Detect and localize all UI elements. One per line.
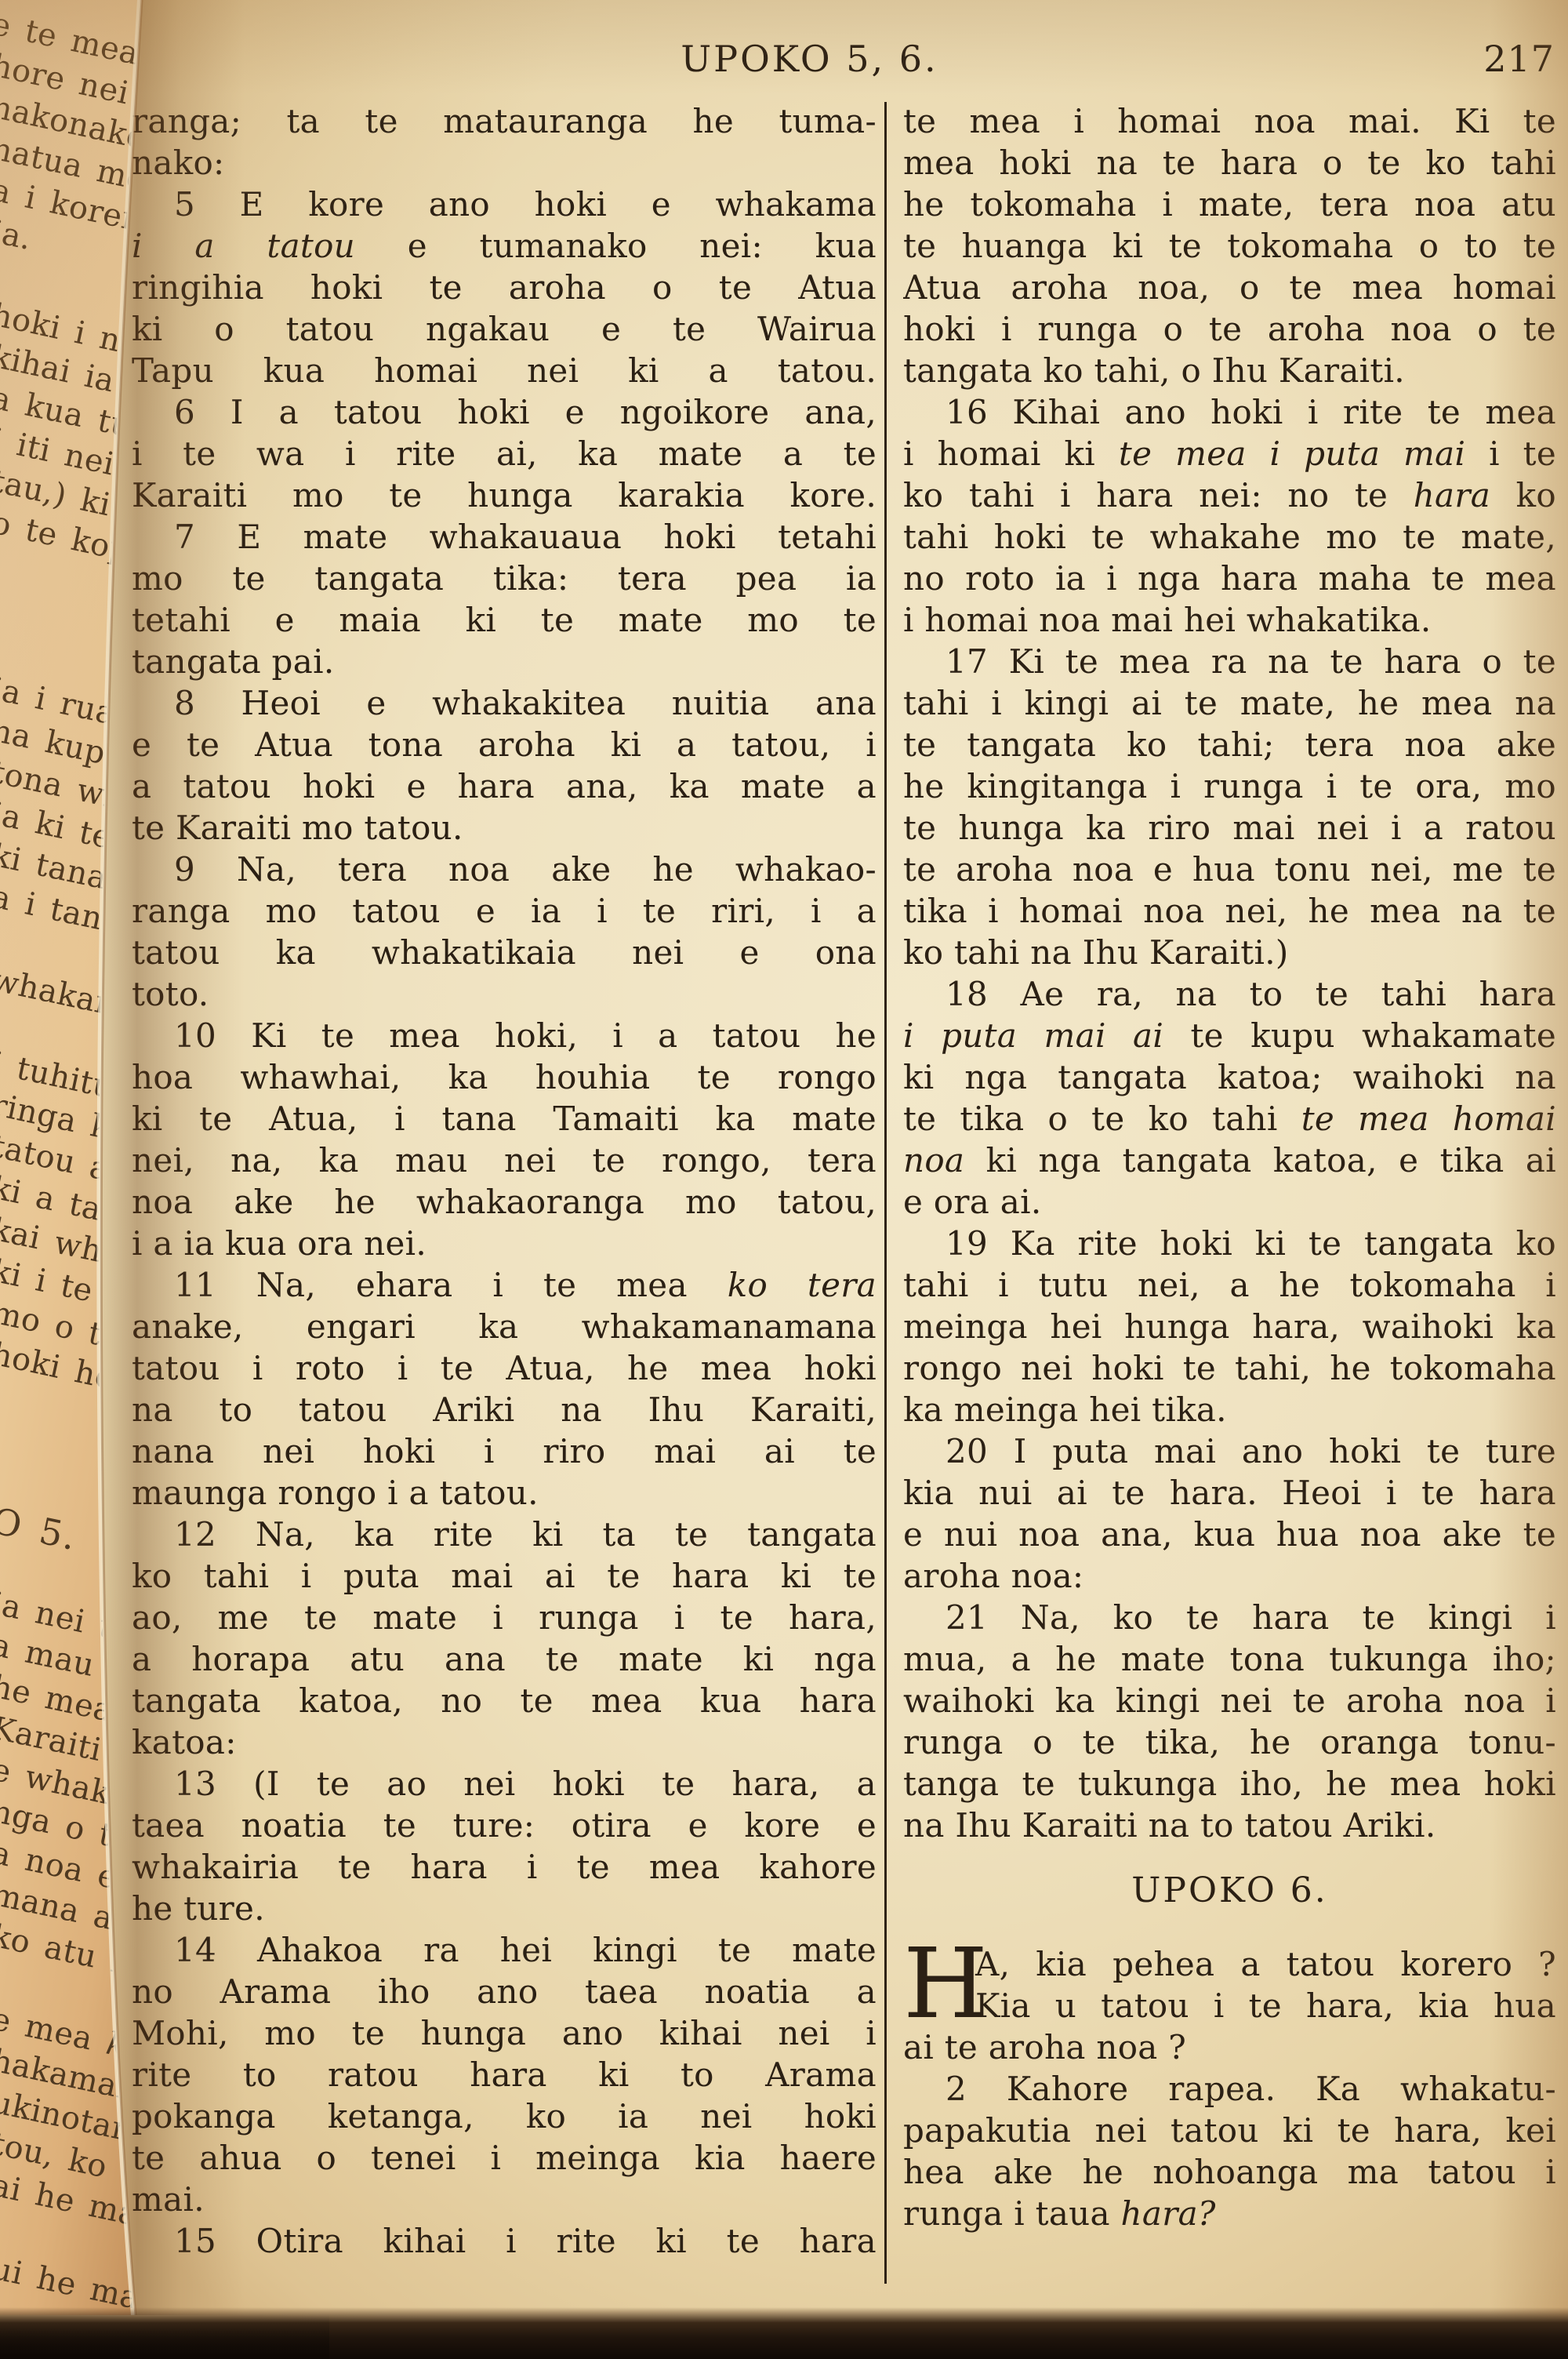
text-line: tika i homai noa nei, he mea na te	[903, 890, 1556, 932]
text-line: runga i taua hara?	[903, 2193, 1556, 2234]
text-line: Atua aroha noa, o te mea homai	[903, 267, 1556, 308]
text-line: te huanga ki te tokomaha o to te	[903, 225, 1556, 267]
text-line: papakutia nei tatou ki te hara, kei	[903, 2110, 1556, 2151]
text-line: A, kia pehea a tatou korero ?	[903, 1943, 1556, 1985]
text-line: ki nga tangata katoa; waihoki na	[903, 1056, 1556, 1098]
text-line: ai te aroha noa ?	[903, 2026, 1556, 2068]
text-line: 2 Kahore rapea. Ka whakatu-	[903, 2068, 1556, 2110]
text-line: i puta mai ai te kupu whakamate	[903, 1015, 1556, 1056]
text-line: he tokomaha i mate, tera noa atu	[903, 184, 1556, 225]
chapter-paragraph: H A, kia pehea a tatou korero ?Kia u tat…	[903, 1943, 1556, 2234]
text-line: ka meinga hei tika.	[903, 1389, 1556, 1430]
text-line: 17 Ki te mea ra na te hara o te	[903, 641, 1556, 682]
text-line: tahi i tutu nei, a he tokomaha i	[903, 1264, 1556, 1306]
text-line: te mea i homai noa mai. Ki te	[903, 100, 1556, 142]
text-line: ko tahi na Ihu Karaiti.)	[903, 932, 1556, 973]
text-line: kia nui ai te hara. Heoi i te hara	[903, 1472, 1556, 1514]
column-divider	[884, 102, 887, 2284]
text-line: i homai ki te mea i puta mai i te	[903, 433, 1556, 474]
text-line: Kia u tatou i te hara, kia hua	[903, 1985, 1556, 2026]
text-line: 18 Ae ra, na to te tahi hara	[903, 973, 1556, 1015]
text-line: 16 Kihai ano hoki i rite te mea	[903, 391, 1556, 433]
drop-cap: H	[903, 1936, 988, 2033]
text-line: i homai noa mai hei whakatika.	[903, 599, 1556, 641]
right-column-verses: te mea i homai noa mai. Ki temea hoki na…	[903, 100, 1556, 1846]
text-line: na Ihu Karaiti na to tatou Ariki.	[903, 1805, 1556, 1846]
text-line: 20 I puta mai ano hoki te ture	[903, 1430, 1556, 1472]
text-line: te aroha noa e hua tonu nei, me te	[903, 849, 1556, 890]
text-line: rongo nei hoki te tahi, he tokomaha	[903, 1347, 1556, 1389]
text-line: mea hoki na te hara o te ko tahi	[903, 142, 1556, 184]
text-line: e ora ai.	[903, 1181, 1556, 1223]
text-line: tanga te tukunga iho, he mea hoki	[903, 1763, 1556, 1805]
text-line: ko tahi i hara nei: no te hara ko	[903, 474, 1556, 516]
text-line: mua, a he mate tona tukunga iho;	[903, 1638, 1556, 1680]
text-line: noa ki nga tangata katoa, e tika ai	[903, 1140, 1556, 1181]
text-line: te tika o te ko tahi te mea homai	[903, 1098, 1556, 1140]
text-line: he kingitanga i runga i te ora, mo	[903, 765, 1556, 807]
page-number: 217	[1483, 38, 1555, 80]
text-line: hea ake he nohoanga ma tatou i	[903, 2151, 1556, 2193]
text-line: tahi i kingi ai te mate, he mea na	[903, 682, 1556, 724]
text-line: hoki i runga o te aroha noa o te	[903, 308, 1556, 350]
book-bottom-edge	[0, 2307, 1568, 2359]
chapter-lines: A, kia pehea a tatou korero ?Kia u tatou…	[903, 1943, 1556, 2234]
text-line: e nui noa ana, kua hua noa ake te	[903, 1514, 1556, 1555]
text-line: aroha noa:	[903, 1555, 1556, 1597]
right-column: te mea i homai noa mai. Ki temea hoki na…	[903, 100, 1556, 2234]
text-line: tangata ko tahi, o Ihu Karaiti.	[903, 350, 1556, 391]
text-line: waihoki ka kingi nei te aroha noa i	[903, 1680, 1556, 1721]
chapter-heading: UPOKO 6.	[903, 1870, 1556, 1910]
text-line: runga o te tika, he oranga tonu-	[903, 1721, 1556, 1763]
running-head: UPOKO 5, 6.	[132, 38, 1487, 80]
text-line: 19 Ka rite hoki ki te tangata ko	[903, 1223, 1556, 1264]
text-line: te tangata ko tahi; tera noa ake	[903, 724, 1556, 765]
text-line: 21 Na, ko te hara te kingi i	[903, 1597, 1556, 1638]
page-header: UPOKO 5, 6. 217	[132, 38, 1556, 88]
book-page: UPOKO 5, 6. 217 ranga; ta te matauranga …	[0, 0, 1568, 2359]
text-line: meinga hei hunga hara, waihoki ka	[903, 1306, 1556, 1347]
text-line: no roto ia i nga hara maha te mea	[903, 558, 1556, 599]
text-line: te hunga ka riro mai nei i a ratou	[903, 807, 1556, 849]
text-line: tahi hoki te whakahe mo te mate,	[903, 516, 1556, 558]
